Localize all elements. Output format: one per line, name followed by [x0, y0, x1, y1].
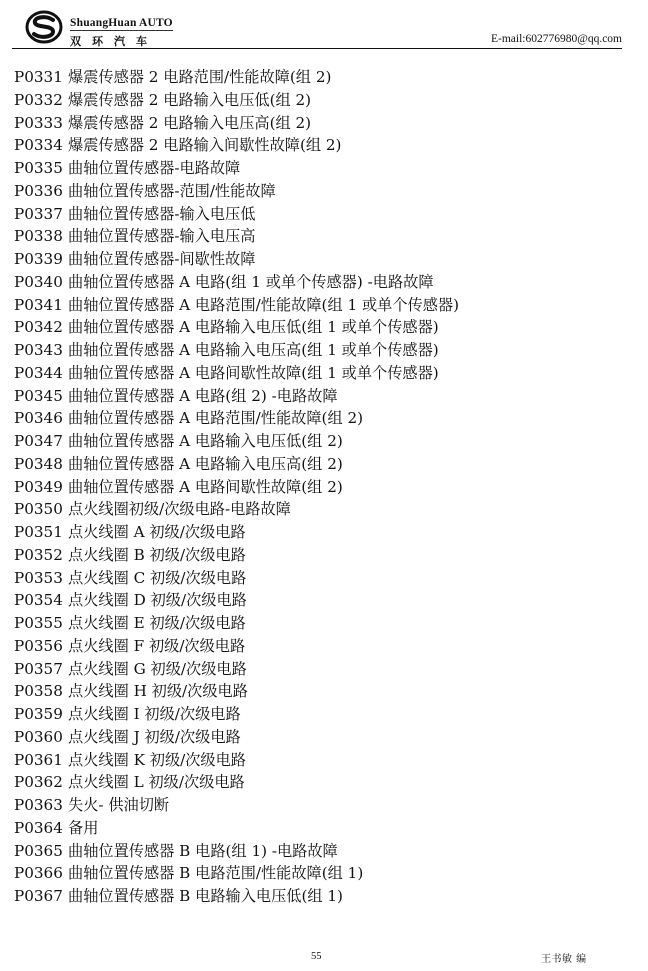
- fault-description: 失火- 供油切断: [68, 796, 169, 814]
- fault-description: 曲轴位置传感器-电路故障: [68, 159, 240, 177]
- fault-code-row: P0366曲轴位置传感器 B 电路范围/性能故障(组 1): [14, 862, 459, 885]
- fault-description: 曲轴位置传感器 A 电路输入电压高(组 2): [68, 455, 343, 473]
- fault-code-row: P0364备用: [14, 817, 459, 840]
- fault-code: P0357: [14, 658, 68, 681]
- fault-code-row: P0338曲轴位置传感器-输入电压高: [14, 225, 459, 248]
- fault-description: 点火线圈 J 初级/次级电路: [68, 728, 241, 746]
- fault-description: 点火线圈 H 初级/次级电路: [68, 682, 248, 700]
- fault-description: 爆震传感器 2 电路输入电压低(组 2): [68, 91, 311, 109]
- fault-code-row: P0356点火线圈 F 初级/次级电路: [14, 635, 459, 658]
- fault-code-row: P0352点火线圈 B 初级/次级电路: [14, 544, 459, 567]
- fault-code-row: P0348曲轴位置传感器 A 电路输入电压高(组 2): [14, 453, 459, 476]
- fault-code-row: P0346曲轴位置传感器 A 电路范围/性能故障(组 2): [14, 407, 459, 430]
- fault-code-row: P0334爆震传感器 2 电路输入间歇性故障(组 2): [14, 134, 459, 157]
- fault-code: P0333: [14, 112, 68, 135]
- header-divider: [12, 48, 622, 49]
- fault-code: P0339: [14, 248, 68, 271]
- fault-description: 点火线圈 I 初级/次级电路: [68, 705, 241, 723]
- fault-code: P0346: [14, 407, 68, 430]
- fault-code-row: P0347曲轴位置传感器 A 电路输入电压低(组 2): [14, 430, 459, 453]
- fault-code: P0353: [14, 567, 68, 590]
- fault-code-row: P0363失火- 供油切断: [14, 794, 459, 817]
- fault-description: 点火线圈 G 初级/次级电路: [68, 660, 247, 678]
- fault-description: 曲轴位置传感器 B 电路范围/性能故障(组 1): [68, 864, 363, 882]
- fault-code: P0332: [14, 89, 68, 112]
- fault-description: 曲轴位置传感器-输入电压低: [68, 205, 255, 223]
- fault-description: 爆震传感器 2 电路输入电压高(组 2): [68, 114, 311, 132]
- fault-code-row: P0342曲轴位置传感器 A 电路输入电压低(组 1 或单个传感器): [14, 316, 459, 339]
- fault-code-row: P0331爆震传感器 2 电路范围/性能故障(组 2): [14, 66, 459, 89]
- fault-code-row: P0343曲轴位置传感器 A 电路输入电压高(组 1 或单个传感器): [14, 339, 459, 362]
- fault-code: P0348: [14, 453, 68, 476]
- fault-description: 曲轴位置传感器-输入电压高: [68, 227, 255, 245]
- fault-code: P0364: [14, 817, 68, 840]
- fault-description: 曲轴位置传感器 A 电路范围/性能故障(组 1 或单个传感器): [68, 296, 459, 314]
- fault-code-row: P0355点火线圈 E 初级/次级电路: [14, 612, 459, 635]
- fault-code-row: P0354点火线圈 D 初级/次级电路: [14, 589, 459, 612]
- fault-description: 曲轴位置传感器 A 电路输入电压高(组 1 或单个传感器): [68, 341, 439, 359]
- fault-code-row: P0335曲轴位置传感器-电路故障: [14, 157, 459, 180]
- fault-code-row: P0332爆震传感器 2 电路输入电压低(组 2): [14, 89, 459, 112]
- fault-code: P0334: [14, 134, 68, 157]
- fault-code-row: P0340曲轴位置传感器 A 电路(组 1 或单个传感器) -电路故障: [14, 271, 459, 294]
- fault-code: P0335: [14, 157, 68, 180]
- fault-description: 点火线圈 F 初级/次级电路: [68, 637, 245, 655]
- fault-code-row: P0357点火线圈 G 初级/次级电路: [14, 658, 459, 681]
- fault-code-row: P0349曲轴位置传感器 A 电路间歇性故障(组 2): [14, 476, 459, 499]
- fault-code: P0354: [14, 589, 68, 612]
- fault-description: 曲轴位置传感器 A 电路范围/性能故障(组 2): [68, 409, 363, 427]
- fault-description: 爆震传感器 2 电路输入间歇性故障(组 2): [68, 136, 341, 154]
- fault-description: 点火线圈 L 初级/次级电路: [68, 773, 245, 791]
- fault-code-row: P0353点火线圈 C 初级/次级电路: [14, 567, 459, 590]
- fault-description: 曲轴位置传感器 B 电路(组 1) -电路故障: [68, 842, 338, 860]
- fault-code: P0336: [14, 180, 68, 203]
- fault-code-row: P0336曲轴位置传感器-范围/性能故障: [14, 180, 459, 203]
- fault-description: 曲轴位置传感器 A 电路间歇性故障(组 1 或单个传感器): [68, 364, 439, 382]
- fault-code: P0359: [14, 703, 68, 726]
- fault-code: P0367: [14, 885, 68, 908]
- brand-name-chinese: 双环汽车: [70, 33, 173, 49]
- fault-code: P0352: [14, 544, 68, 567]
- fault-code: P0350: [14, 498, 68, 521]
- fault-code-row: P0351点火线圈 A 初级/次级电路: [14, 521, 459, 544]
- fault-code-row: P0350点火线圈初级/次级电路-电路故障: [14, 498, 459, 521]
- fault-code: P0355: [14, 612, 68, 635]
- fault-code: P0347: [14, 430, 68, 453]
- fault-code-row: P0362点火线圈 L 初级/次级电路: [14, 771, 459, 794]
- fault-code: P0341: [14, 294, 68, 317]
- fault-code: P0360: [14, 726, 68, 749]
- fault-code: P0340: [14, 271, 68, 294]
- fault-code-row: P0361点火线圈 K 初级/次级电路: [14, 749, 459, 772]
- fault-description: 曲轴位置传感器 A 电路输入电压低(组 1 或单个传感器): [68, 318, 439, 336]
- fault-description: 曲轴位置传感器-范围/性能故障: [68, 182, 276, 200]
- fault-description: 点火线圈 C 初级/次级电路: [68, 569, 246, 587]
- fault-description: 曲轴位置传感器 A 电路(组 1 或单个传感器) -电路故障: [68, 273, 434, 291]
- fault-code: P0342: [14, 316, 68, 339]
- fault-code: P0361: [14, 749, 68, 772]
- fault-code: P0349: [14, 476, 68, 499]
- brand-block: ShuangHuan AUTO 双环汽车: [70, 11, 173, 49]
- fault-code: P0366: [14, 862, 68, 885]
- fault-description: 点火线圈 B 初级/次级电路: [68, 546, 246, 564]
- fault-code: P0363: [14, 794, 68, 817]
- page-number: 55: [311, 951, 322, 962]
- fault-code: P0345: [14, 385, 68, 408]
- fault-code-row: P0341曲轴位置传感器 A 电路范围/性能故障(组 1 或单个传感器): [14, 294, 459, 317]
- fault-description: 爆震传感器 2 电路范围/性能故障(组 2): [68, 68, 331, 86]
- fault-code-row: P0367曲轴位置传感器 B 电路输入电压低(组 1): [14, 885, 459, 908]
- page-header: ShuangHuan AUTO 双环汽车 E-mail:602776980@qq…: [12, 6, 622, 48]
- fault-code-list: P0331爆震传感器 2 电路范围/性能故障(组 2)P0332爆震传感器 2 …: [14, 66, 459, 908]
- brand-name-english: ShuangHuan AUTO: [70, 17, 173, 31]
- fault-code-row: P0359点火线圈 I 初级/次级电路: [14, 703, 459, 726]
- fault-code-row: P0339曲轴位置传感器-间歇性故障: [14, 248, 459, 271]
- fault-description: 曲轴位置传感器 A 电路间歇性故障(组 2): [68, 478, 343, 496]
- fault-description: 点火线圈 E 初级/次级电路: [68, 614, 246, 632]
- fault-description: 点火线圈初级/次级电路-电路故障: [68, 500, 291, 518]
- fault-code: P0343: [14, 339, 68, 362]
- fault-description: 曲轴位置传感器-间歇性故障: [68, 250, 255, 268]
- fault-code: P0337: [14, 203, 68, 226]
- fault-code: P0365: [14, 840, 68, 863]
- fault-code: P0338: [14, 225, 68, 248]
- shuanghuan-logo-icon: [24, 9, 64, 45]
- fault-description: 点火线圈 K 初级/次级电路: [68, 751, 246, 769]
- fault-code-row: P0365曲轴位置传感器 B 电路(组 1) -电路故障: [14, 840, 459, 863]
- fault-code-row: P0358点火线圈 H 初级/次级电路: [14, 680, 459, 703]
- fault-code-row: P0360点火线圈 J 初级/次级电路: [14, 726, 459, 749]
- fault-description: 曲轴位置传感器 B 电路输入电压低(组 1): [68, 887, 343, 905]
- fault-description: 点火线圈 D 初级/次级电路: [68, 591, 247, 609]
- fault-description: 曲轴位置传感器 A 电路输入电压低(组 2): [68, 432, 343, 450]
- fault-description: 曲轴位置传感器 A 电路(组 2) -电路故障: [68, 387, 338, 405]
- fault-code: P0344: [14, 362, 68, 385]
- fault-description: 点火线圈 A 初级/次级电路: [68, 523, 246, 541]
- fault-code-row: P0345曲轴位置传感器 A 电路(组 2) -电路故障: [14, 385, 459, 408]
- fault-code-row: P0344曲轴位置传感器 A 电路间歇性故障(组 1 或单个传感器): [14, 362, 459, 385]
- fault-description: 备用: [68, 819, 98, 837]
- author-credit: 王书敏 编: [541, 950, 587, 965]
- fault-code-row: P0333爆震传感器 2 电路输入电压高(组 2): [14, 112, 459, 135]
- fault-code: P0331: [14, 66, 68, 89]
- fault-code: P0362: [14, 771, 68, 794]
- fault-code: P0356: [14, 635, 68, 658]
- fault-code: P0358: [14, 680, 68, 703]
- fault-code-row: P0337曲轴位置传感器-输入电压低: [14, 203, 459, 226]
- contact-email: E-mail:602776980@qq.com: [491, 33, 622, 45]
- fault-code: P0351: [14, 521, 68, 544]
